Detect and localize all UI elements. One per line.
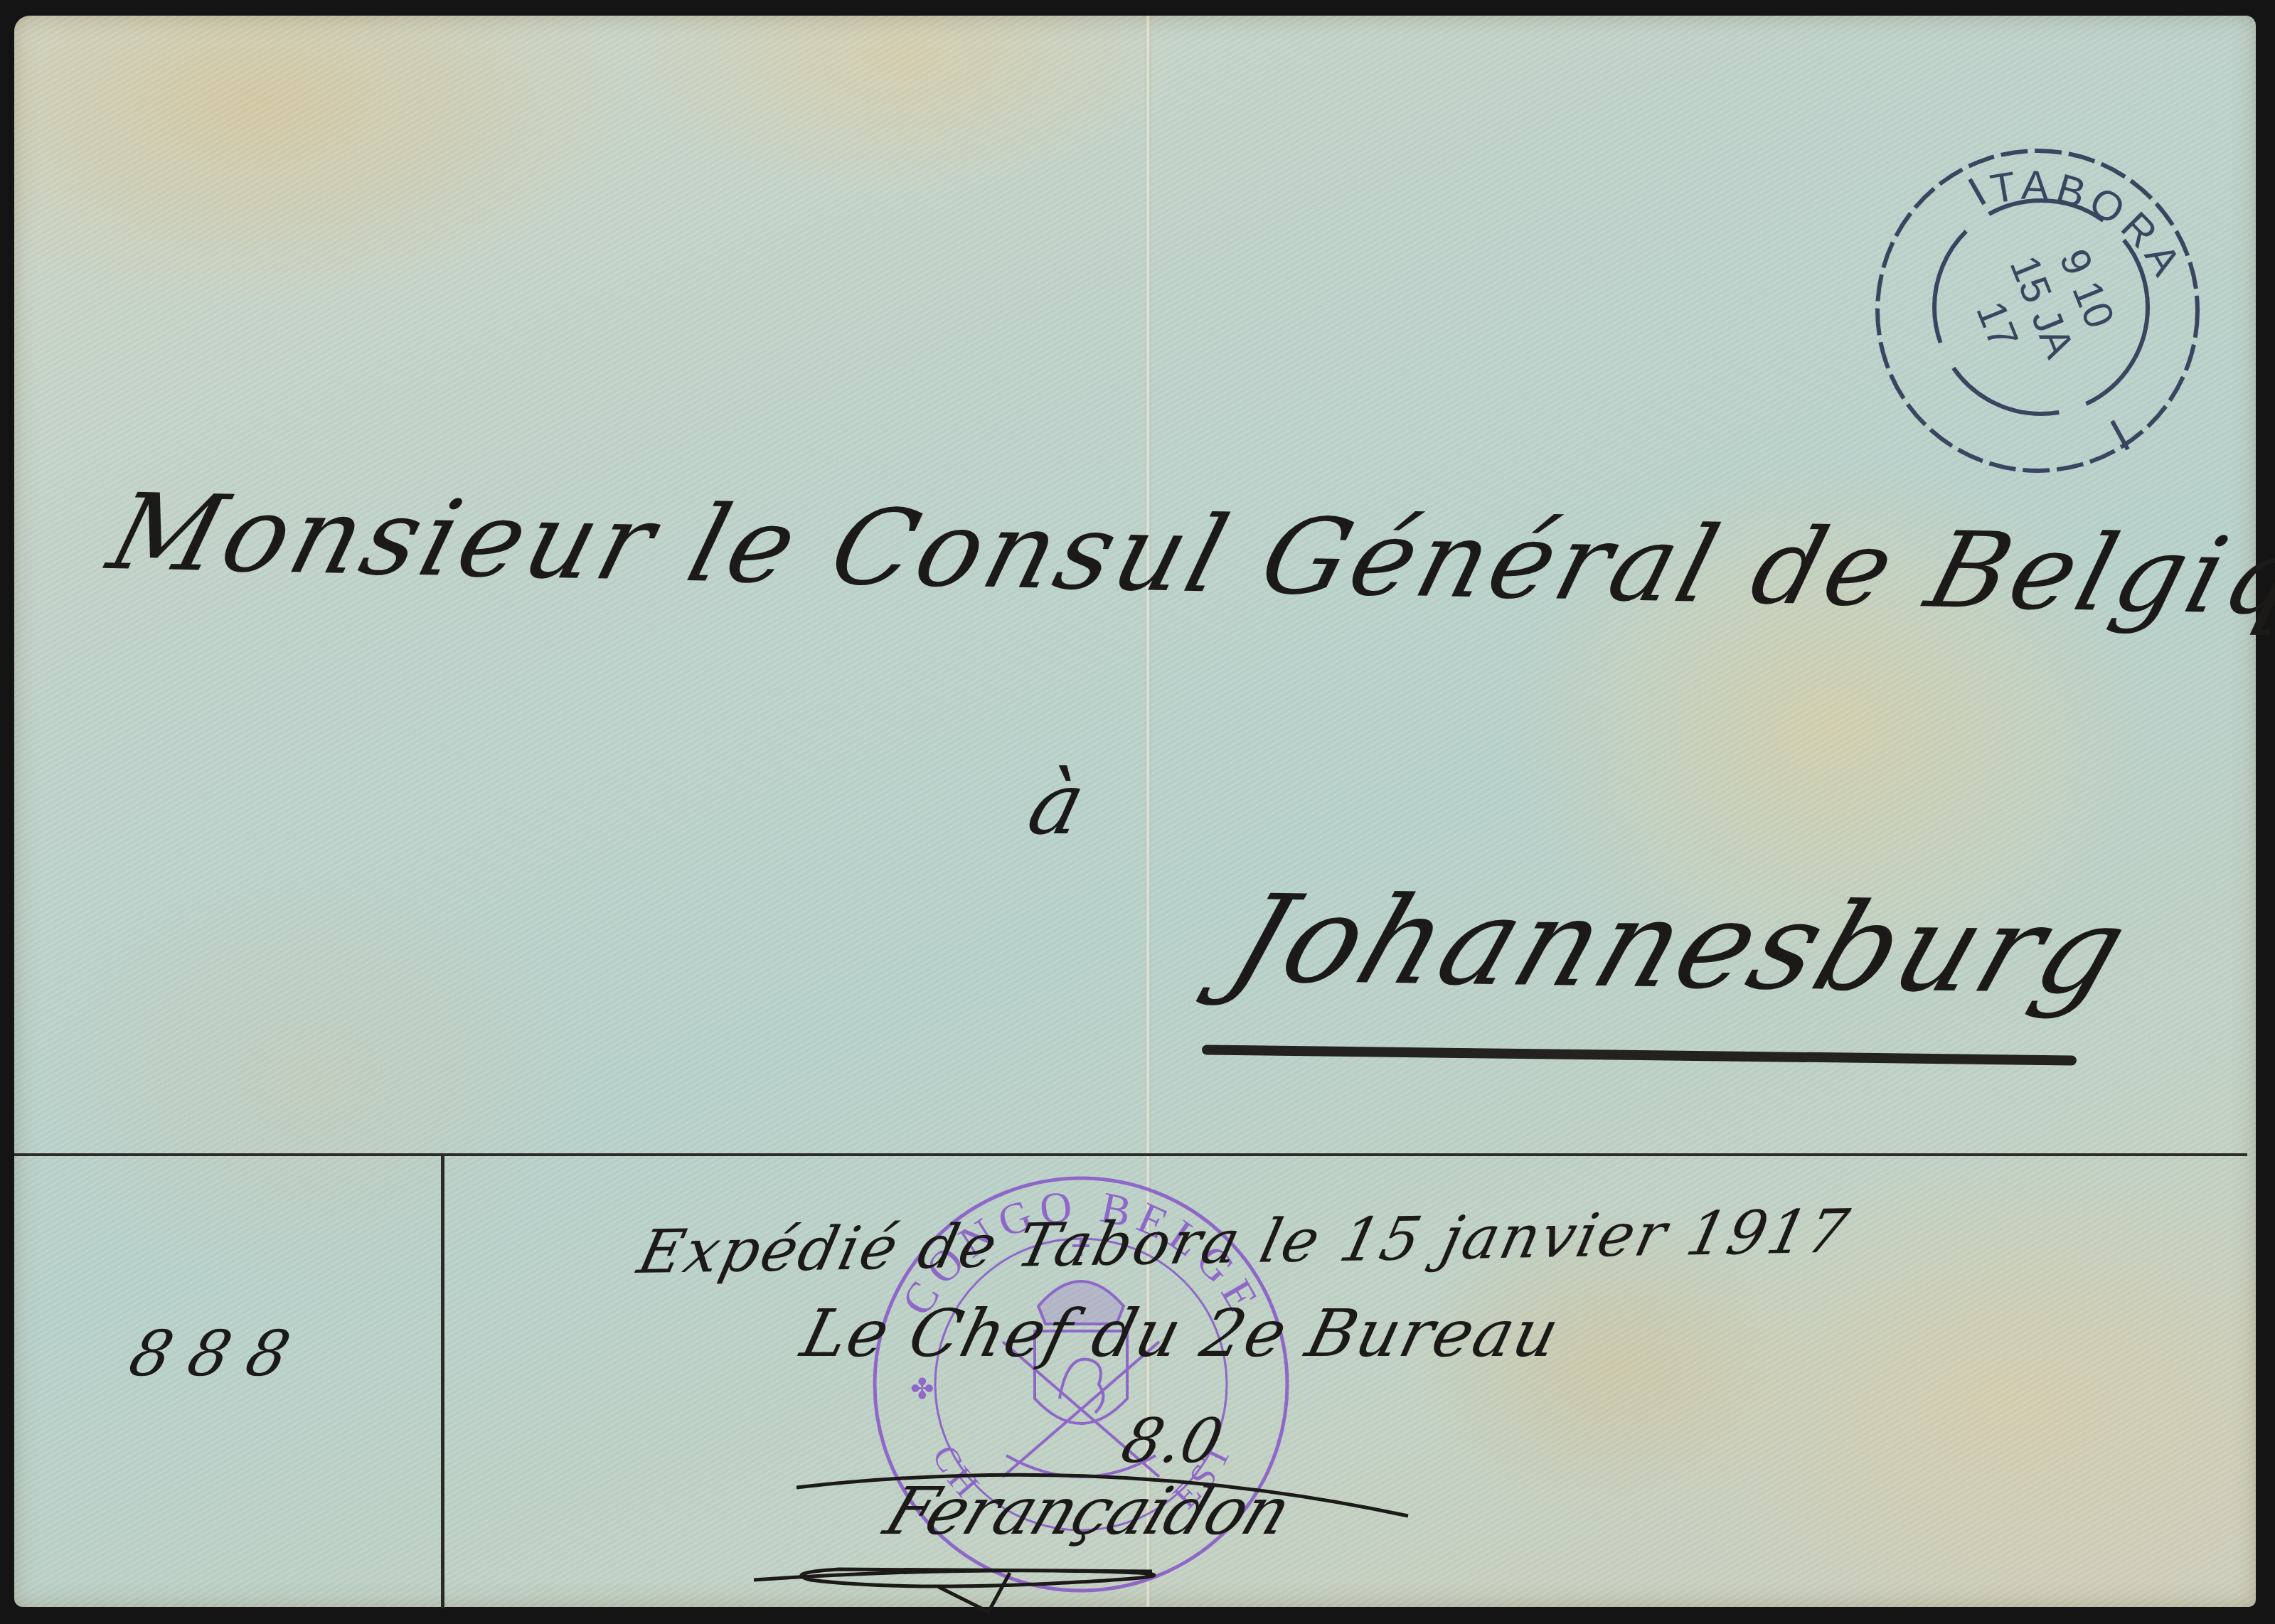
city-underline: [1202, 1045, 2077, 1065]
footer-divider-vertical: [441, 1153, 444, 1608]
recipient-preposition: à: [1019, 755, 1094, 854]
tabora-postmark: TABORA 9 10 15 JA 17: [1863, 137, 2212, 485]
envelope: TABORA 9 10 15 JA 17 Monsieur le Consul …: [14, 16, 2256, 1607]
recipient-city: Johannesburg: [1213, 869, 2146, 1021]
dispatch-line: Expédié de Tabora le 15 janvier 1917: [632, 1196, 1857, 1287]
reference-number: 888: [122, 1317, 316, 1390]
seal-ornament-icon: ✤: [910, 1373, 934, 1405]
footer-divider-horizontal: [14, 1153, 2247, 1156]
signature-flourish: [754, 1459, 1437, 1615]
sender-title: Le Chef du 2e Bureau: [794, 1296, 1568, 1372]
recipient-line: Monsieur le Consul Général de Belgique: [97, 471, 2275, 641]
